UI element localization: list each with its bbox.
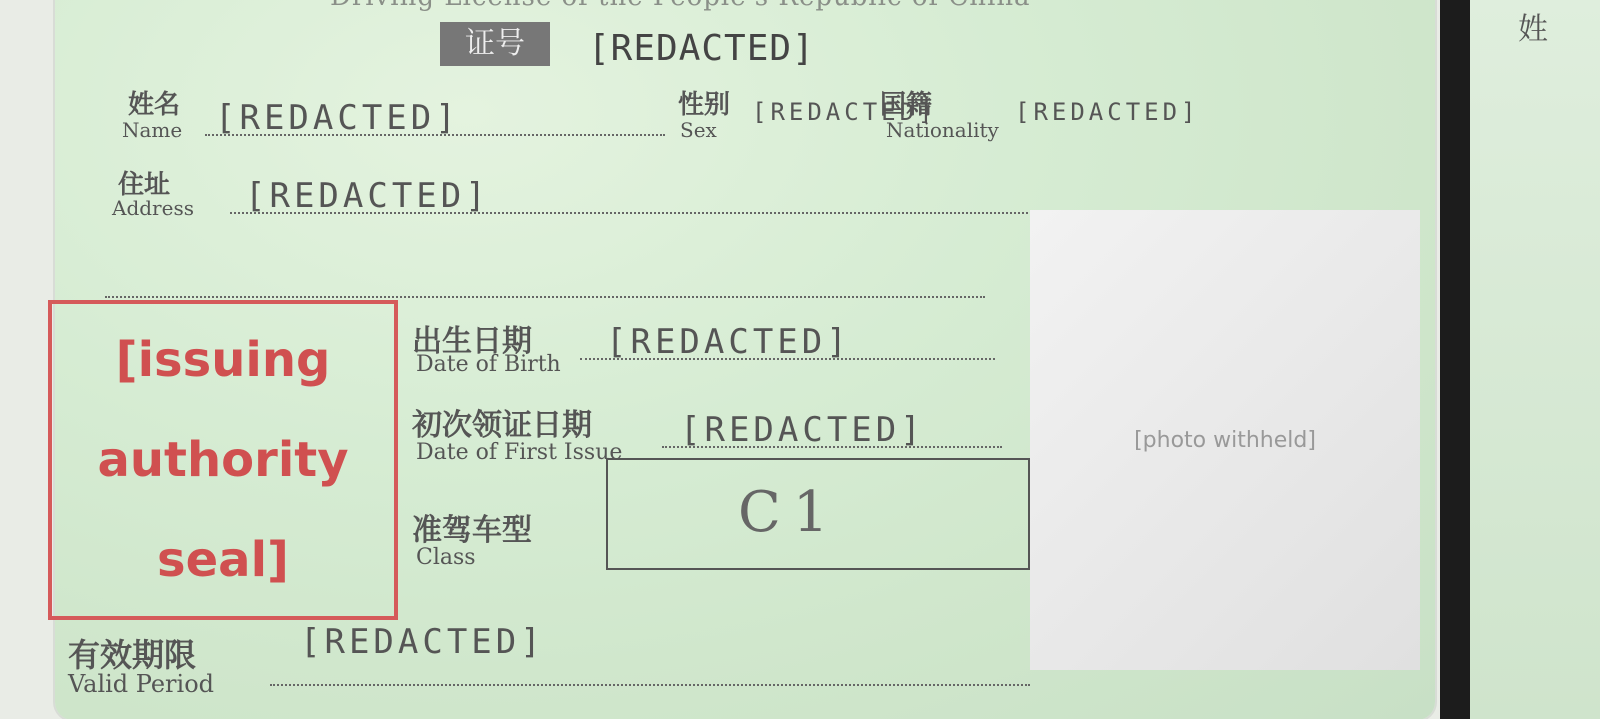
address-line-2 [105,296,985,298]
license-number: [REDACTED] [588,28,815,69]
holder-photo: [photo withheld] [1030,210,1420,670]
dob-value: [REDACTED] [606,322,851,362]
name-value: [REDACTED] [215,98,460,138]
address-label-en: Address [112,196,194,220]
class-label-en: Class [416,545,476,570]
name-label-en: Name [122,118,182,142]
class-label-cn: 准驾车型 [412,505,532,549]
first-issue-line [662,446,1002,448]
issuing-seal: [issuing authority seal] [48,300,398,620]
first-issue-label-cn: 初次领证日期 [412,400,592,444]
name-label-cn: 姓名 [128,84,180,121]
card-header: Driving License of the People's Republic… [330,0,1031,12]
sex-label-cn: 性别 [678,84,730,121]
valid-period-line [270,684,1030,686]
sex-label-en: Sex [680,118,717,142]
first-issue-label-en: Date of First Issue [416,440,622,465]
valid-period-label-en: Valid Period [68,670,214,698]
nationality-label-en: Nationality [886,118,999,142]
nationality-label-cn: 国籍 [880,84,932,121]
number-label: 证号 [440,22,550,66]
seal-line-3: seal] [157,532,289,588]
class-box: C1 [606,458,1030,570]
valid-period-value: [REDACTED] [300,622,545,662]
first-issue-value: [REDACTED] [680,410,925,450]
seal-line-1: [issuing [116,332,331,388]
address-value: [REDACTED] [245,176,490,216]
class-value: C1 [738,480,840,545]
adjacent-card-text: 姓 [1518,4,1548,48]
adjacent-card: 姓 [1470,0,1600,719]
seal-line-2: authority [97,432,348,488]
name-line [205,134,665,136]
nationality-value: [REDACTED] [1015,98,1200,126]
dob-label-en: Date of Birth [416,352,561,377]
dob-line [580,358,995,360]
